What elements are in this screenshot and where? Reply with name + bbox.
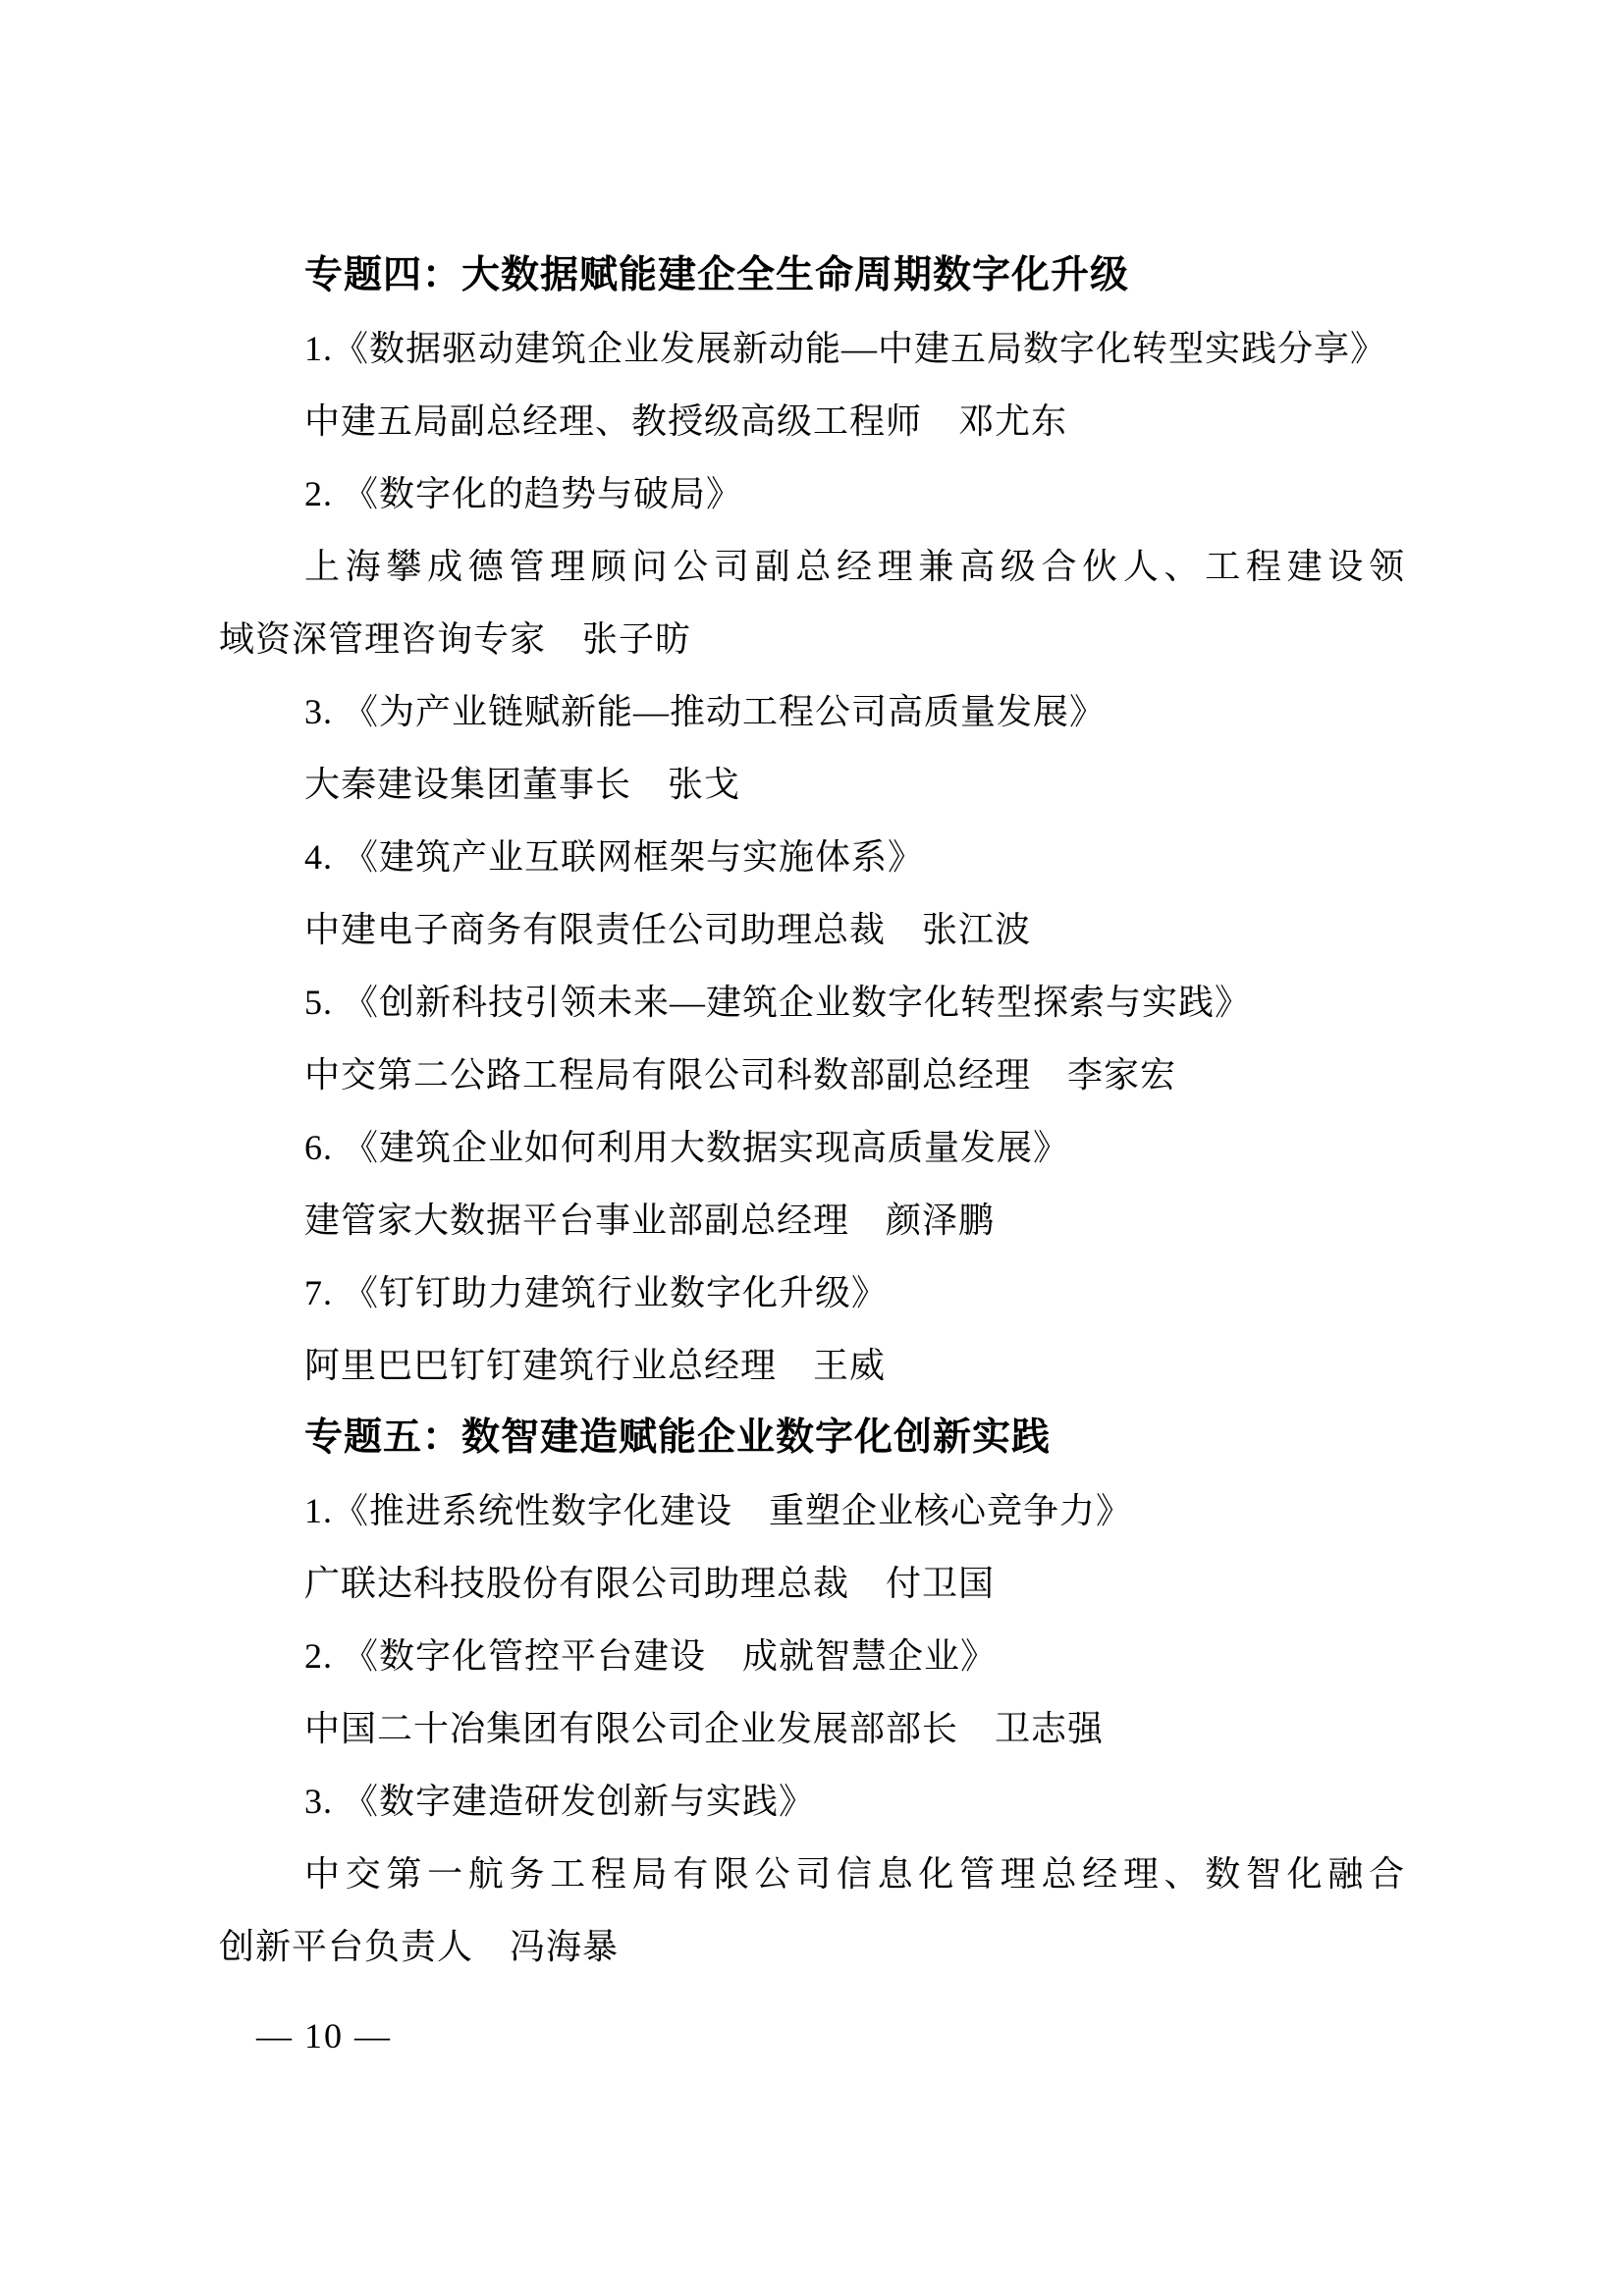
presentation-title: 4. 《建筑产业互联网框架与实施体系》 xyxy=(219,821,1405,893)
speaker-line: 中建电子商务有限责任公司助理总裁 张江波 xyxy=(219,893,1405,966)
speaker-line: 广联达科技股份有限公司助理总裁 付卫国 xyxy=(219,1547,1405,1620)
presentation-title: 2. 《数字化管控平台建设 成就智慧企业》 xyxy=(219,1620,1405,1692)
presentation-title: 3. 《数字建造研发创新与实践》 xyxy=(219,1765,1405,1838)
document-page: 专题四：大数据赋能建企全生命周期数字化升级 1.《数据驱动建筑企业发展新动能—中… xyxy=(0,0,1624,2296)
speaker-line: 大秦建设集团董事长 张戈 xyxy=(219,748,1405,821)
presentation-title: 3. 《为产业链赋新能—推动工程公司高质量发展》 xyxy=(219,675,1405,748)
speaker-line: 上海攀成德管理顾问公司副总经理兼高级合伙人、工程建设领 xyxy=(219,530,1405,603)
presentation-title: 7. 《钉钉助力建筑行业数字化升级》 xyxy=(219,1256,1405,1329)
speaker-line: 中交第二公路工程局有限公司科数部副总经理 李家宏 xyxy=(219,1039,1405,1111)
speaker-line-continuation: 创新平台负责人 冯海暴 xyxy=(219,1910,1405,1983)
speaker-line: 中交第一航务工程局有限公司信息化管理总经理、数智化融合 xyxy=(219,1838,1405,1910)
presentation-title: 5. 《创新科技引领未来—建筑企业数字化转型探索与实践》 xyxy=(219,966,1405,1039)
body-text: 专题四：大数据赋能建企全生命周期数字化升级 1.《数据驱动建筑企业发展新动能—中… xyxy=(219,240,1405,1983)
section-heading-topic5: 专题五：数智建造赋能企业数字化创新实践 xyxy=(219,1402,1405,1474)
speaker-line: 阿里巴巴钉钉建筑行业总经理 王威 xyxy=(219,1329,1405,1402)
presentation-title: 2. 《数字化的趋势与破局》 xyxy=(219,457,1405,530)
presentation-title: 1.《推进系统性数字化建设 重塑企业核心竞争力》 xyxy=(219,1474,1405,1547)
speaker-line: 中国二十冶集团有限公司企业发展部部长 卫志强 xyxy=(219,1692,1405,1765)
page-number: — 10 — xyxy=(256,2014,392,2057)
presentation-title: 6. 《建筑企业如何利用大数据实现高质量发展》 xyxy=(219,1111,1405,1184)
speaker-line: 中建五局副总经理、教授级高级工程师 邓尤东 xyxy=(219,385,1405,457)
speaker-line-continuation: 域资深管理咨询专家 张子昉 xyxy=(219,603,1405,675)
speaker-line: 建管家大数据平台事业部副总经理 颜泽鹏 xyxy=(219,1184,1405,1256)
presentation-title: 1.《数据驱动建筑企业发展新动能—中建五局数字化转型实践分享》 xyxy=(219,312,1405,385)
section-heading-topic4: 专题四：大数据赋能建企全生命周期数字化升级 xyxy=(219,240,1405,312)
